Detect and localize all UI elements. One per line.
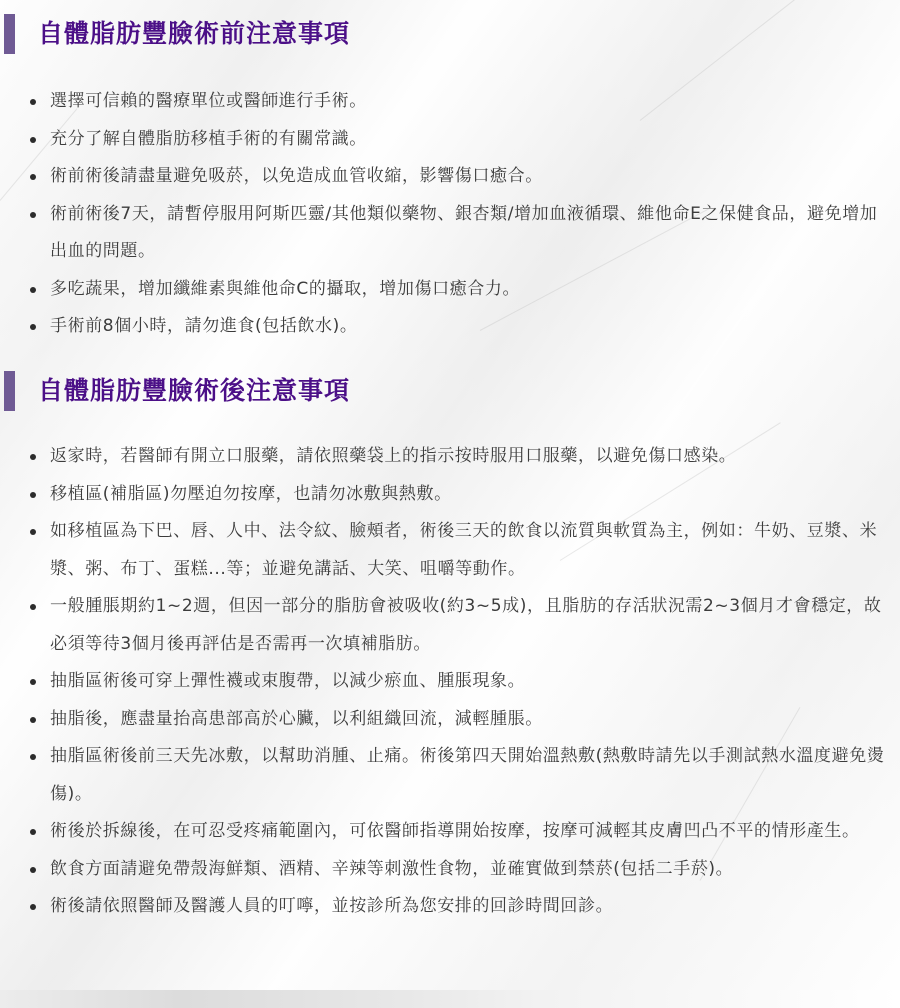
list-item: 飲食方面請避免帶殼海鮮類、酒精、辛辣等刺激性食物，並確實做到禁菸(包括二手菸)。	[0, 851, 890, 889]
list-item-text: 術前術後請盡量避免吸菸，以免造成血管收縮，影響傷口癒合。	[50, 166, 543, 186]
bullet-icon	[30, 529, 36, 535]
section-title: 自體脂肪豐臉術前注意事項	[38, 17, 350, 51]
list-item-text: 抽脂區術後可穿上彈性襪或束腹帶，以減少瘀血、腫脹現象。	[50, 671, 525, 691]
list-item-text: 移植區(補脂區)勿壓迫勿按摩，也請勿冰敷與熱敷。	[50, 484, 452, 504]
list-item-text: 選擇可信賴的醫療單位或醫師進行手術。	[50, 91, 367, 111]
bullet-icon	[30, 212, 36, 218]
list-item-text: 抽脂後，應盡量抬高患部高於心臟，以利組織回流，減輕腫脹。	[50, 709, 543, 729]
postop-notice-list: 返家時，若醫師有開立口服藥，請依照藥袋上的指示按時服用口服藥，以避免傷口感染。 …	[0, 438, 890, 926]
list-item: 選擇可信賴的醫療單位或醫師進行手術。	[0, 83, 890, 121]
bullet-icon	[30, 867, 36, 873]
background-image-strip	[0, 990, 900, 1008]
list-item: 移植區(補脂區)勿壓迫勿按摩，也請勿冰敷與熱敷。	[0, 476, 890, 514]
list-item: 充分了解自體脂肪移植手術的有關常識。	[0, 121, 890, 159]
list-item-text: 術前術後7天，請暫停服用阿斯匹靈/其他類似藥物、銀杏類/增加血液循環、維他命E之…	[50, 204, 877, 262]
bullet-icon	[30, 324, 36, 330]
section-title: 自體脂肪豐臉術後注意事項	[38, 374, 350, 408]
list-item-text: 多吃蔬果，增加纖維素與維他命C的攝取，增加傷口癒合力。	[50, 279, 520, 299]
list-item-text: 充分了解自體脂肪移植手術的有關常識。	[50, 129, 367, 149]
bullet-icon	[30, 137, 36, 143]
heading-accent-bar	[4, 14, 15, 54]
bullet-icon	[30, 454, 36, 460]
bullet-icon	[30, 492, 36, 498]
bullet-icon	[30, 904, 36, 910]
list-item: 抽脂區術後可穿上彈性襪或束腹帶，以減少瘀血、腫脹現象。	[0, 663, 890, 701]
list-item: 一般腫脹期約1~2週，但因一部分的脂肪會被吸收(約3~5成)，且脂肪的存活狀況需…	[0, 588, 890, 663]
list-item: 抽脂後，應盡量抬高患部高於心臟，以利組織回流，減輕腫脹。	[0, 701, 890, 739]
bullet-icon	[30, 99, 36, 105]
list-item: 術後於拆線後，在可忍受疼痛範圍內，可依醫師指導開始按摩，按摩可減輕其皮膚凹凸不平…	[0, 813, 890, 851]
list-item-text: 術後請依照醫師及醫護人員的叮嚀，並按診所為您安排的回診時間回診。	[50, 896, 613, 916]
bullet-icon	[30, 679, 36, 685]
bullet-icon	[30, 754, 36, 760]
list-item-text: 如移植區為下巴、唇、人中、法令紋、臉頰者，術後三天的飲食以流質與軟質為主，例如：…	[50, 521, 877, 579]
bullet-icon	[30, 604, 36, 610]
heading-accent-bar	[4, 371, 15, 411]
list-item: 術後請依照醫師及醫護人員的叮嚀，並按診所為您安排的回診時間回診。	[0, 888, 890, 926]
list-item: 返家時，若醫師有開立口服藥，請依照藥袋上的指示按時服用口服藥，以避免傷口感染。	[0, 438, 890, 476]
bullet-icon	[30, 717, 36, 723]
bullet-icon	[30, 174, 36, 180]
list-item-text: 術後於拆線後，在可忍受疼痛範圍內，可依醫師指導開始按摩，按摩可減輕其皮膚凹凸不平…	[50, 821, 860, 841]
preop-notice-list: 選擇可信賴的醫療單位或醫師進行手術。 充分了解自體脂肪移植手術的有關常識。 術前…	[0, 83, 890, 346]
list-item-text: 抽脂區術後前三天先冰敷，以幫助消腫、止痛。術後第四天開始溫熱敷(熱敷時請先以手測…	[50, 746, 884, 804]
list-item-text: 一般腫脹期約1~2週，但因一部分的脂肪會被吸收(約3~5成)，且脂肪的存活狀況需…	[50, 596, 882, 654]
list-item: 手術前8個小時，請勿進食(包括飲水)。	[0, 308, 890, 346]
list-item: 如移植區為下巴、唇、人中、法令紋、臉頰者，術後三天的飲食以流質與軟質為主，例如：…	[0, 513, 890, 588]
bullet-icon	[30, 829, 36, 835]
bullet-icon	[30, 287, 36, 293]
list-item: 抽脂區術後前三天先冰敷，以幫助消腫、止痛。術後第四天開始溫熱敷(熱敷時請先以手測…	[0, 738, 890, 813]
list-item: 多吃蔬果，增加纖維素與維他命C的攝取，增加傷口癒合力。	[0, 271, 890, 309]
list-item-text: 飲食方面請避免帶殼海鮮類、酒精、辛辣等刺激性食物，並確實做到禁菸(包括二手菸)。	[50, 859, 733, 879]
list-item-text: 手術前8個小時，請勿進食(包括飲水)。	[50, 316, 357, 336]
list-item: 術前術後請盡量避免吸菸，以免造成血管收縮，影響傷口癒合。	[0, 158, 890, 196]
list-item-text: 返家時，若醫師有開立口服藥，請依照藥袋上的指示按時服用口服藥，以避免傷口感染。	[50, 446, 736, 466]
list-item: 術前術後7天，請暫停服用阿斯匹靈/其他類似藥物、銀杏類/增加血液循環、維他命E之…	[0, 196, 890, 271]
